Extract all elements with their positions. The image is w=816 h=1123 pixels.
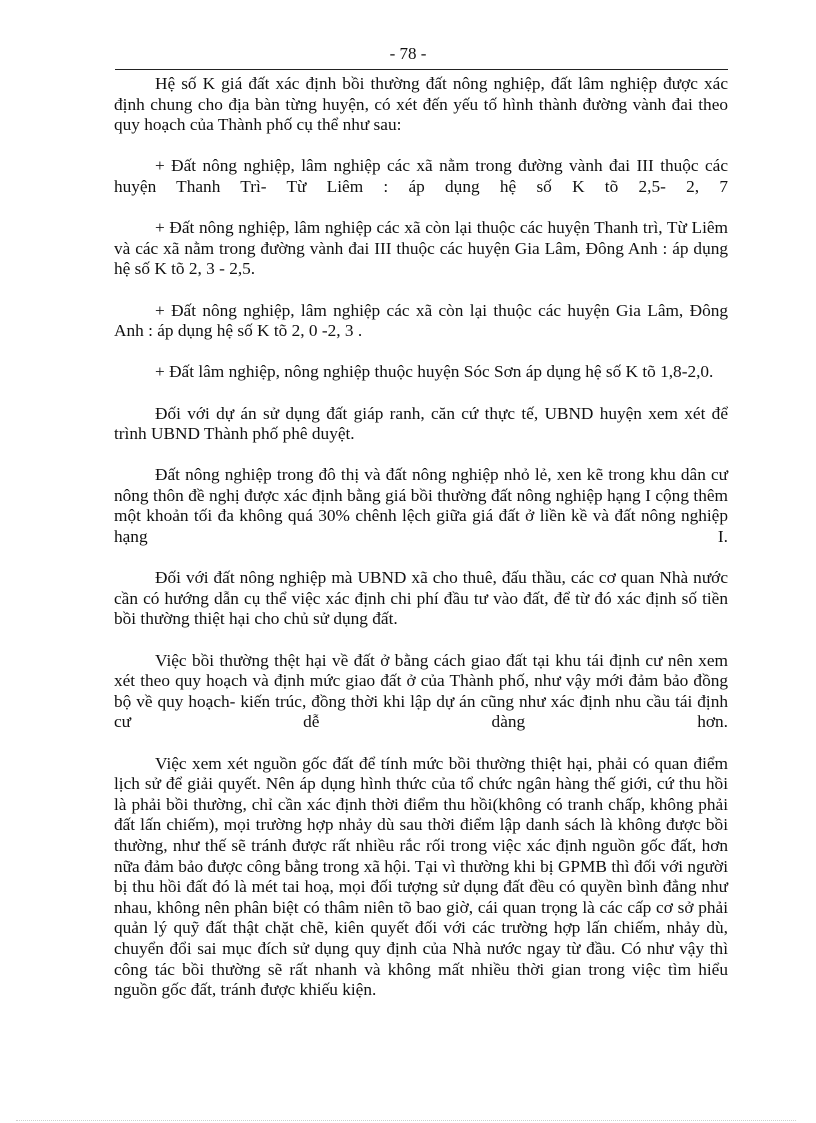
paragraph-gia-lam-dong-anh-ring-road: + Đất nông nghiệp, lâm nghiệp các xã còn… xyxy=(114,218,728,280)
paragraph-resettlement: Việc bồi thường thệt hại về đất ở bằng c… xyxy=(114,651,728,733)
paragraph-land-origin: Việc xem xét nguồn gốc đất để tính mức b… xyxy=(114,754,728,1001)
paragraph-leased-land: Đối với đất nông nghiệp mà UBND xã cho t… xyxy=(114,568,728,630)
paragraph-soc-son: + Đất lâm nghiệp, nông nghiệp thuộc huyệ… xyxy=(114,362,728,383)
page-number: - 78 - xyxy=(0,44,816,64)
paragraph-adjacent-projects: Đối với dự án sử dụng đất giáp ranh, căn… xyxy=(114,404,728,445)
paragraph-urban-agricultural-land: Đất nông nghiệp trong đô thị và đất nông… xyxy=(114,465,728,547)
footer-dotted-rule xyxy=(16,1120,796,1121)
paragraph-gia-lam-dong-anh-remaining: + Đất nông nghiệp, lâm nghiệp các xã còn… xyxy=(114,301,728,342)
paragraph-k-coefficient-intro: Hệ số K giá đất xác định bồi thường đất … xyxy=(114,74,728,136)
document-body: Hệ số K giá đất xác định bồi thường đất … xyxy=(114,74,728,1021)
header-rule xyxy=(115,69,728,70)
paragraph-thanh-tri-tu-liem: + Đất nông nghiệp, lâm nghiệp các xã nằm… xyxy=(114,156,728,197)
